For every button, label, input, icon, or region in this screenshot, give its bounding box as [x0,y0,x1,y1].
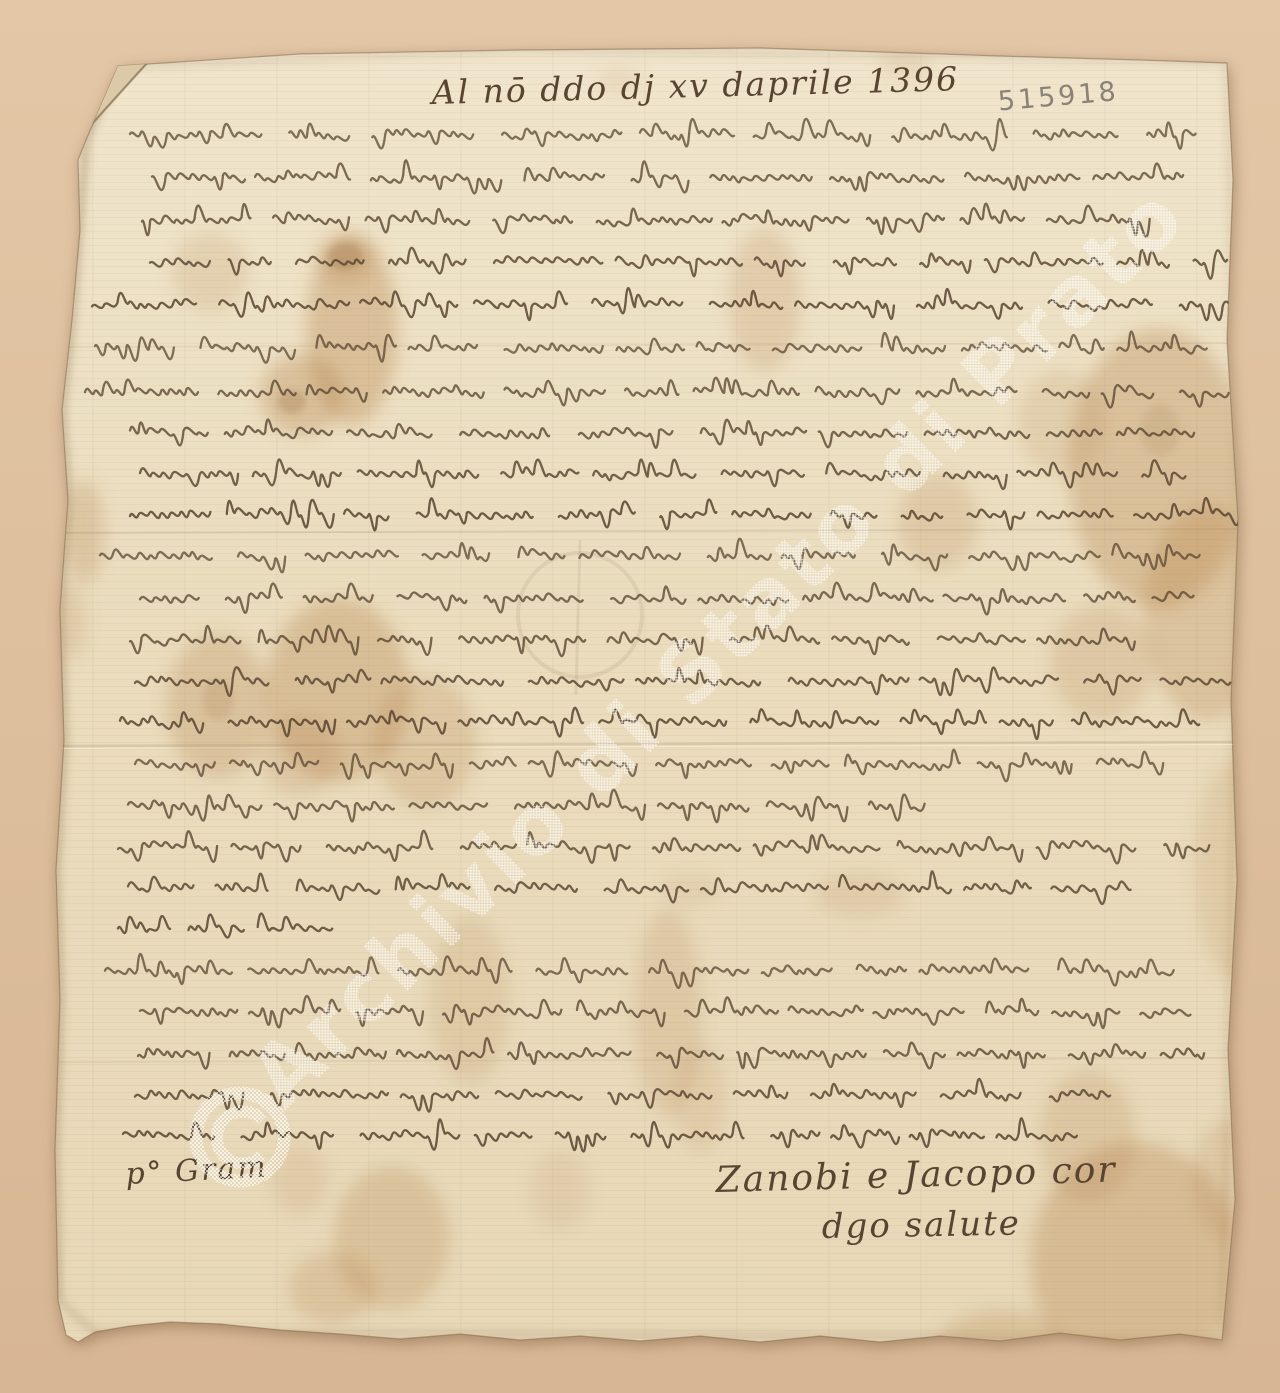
letter-scan-canvas: Al nō ddo dj xv daprile 1396 515918 p° G… [0,0,1280,1393]
scanned-letter: Al nō ddo dj xv daprile 1396 515918 p° G… [0,0,1280,1393]
signature-line-2: dgo salute [821,1204,1021,1247]
